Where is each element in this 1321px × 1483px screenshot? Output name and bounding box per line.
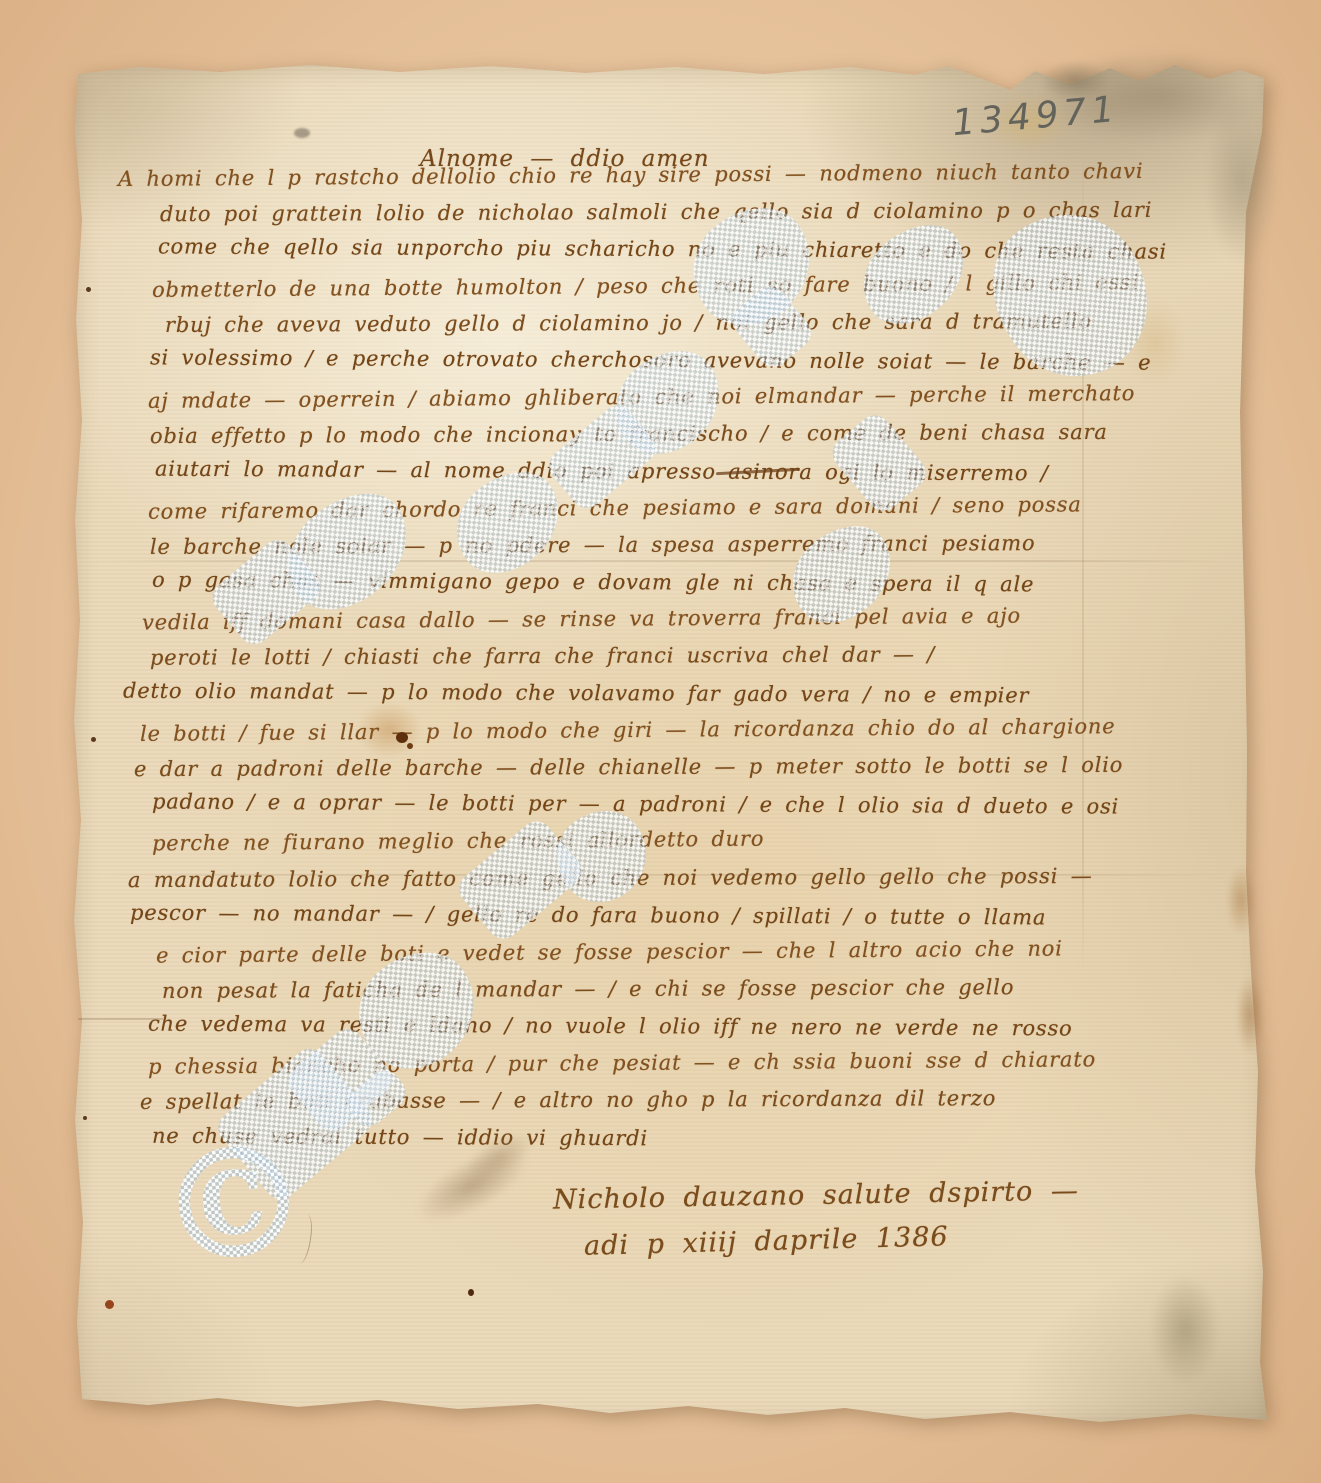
ink-speck <box>86 287 91 292</box>
ink-speck <box>468 1289 474 1296</box>
manuscript-line: non pesat la faticha de l mandar — / e c… <box>162 975 1014 1003</box>
manuscript-line: che vedema va resti e ldano / no vuole l… <box>148 1012 1073 1041</box>
stain <box>1205 95 1280 265</box>
manuscript-line: detto olio mandat — p lo modo che volava… <box>123 679 1029 708</box>
ink-speck <box>83 1116 87 1120</box>
manuscript-line: peroti le lotti / chiasti che farra che … <box>150 642 935 669</box>
stain <box>1236 975 1264 1055</box>
manuscript-line: rbuj che aveva veduto gello d ciolamino … <box>165 309 1092 337</box>
stain <box>1226 865 1256 935</box>
ink-blot <box>407 743 413 749</box>
copyright-watermark-icon: © <box>150 1120 317 1287</box>
edge-fray <box>1150 1275 1220 1385</box>
manuscript-line: duto poi grattein lolio de nicholao salm… <box>160 198 1152 226</box>
rust-speck <box>105 1300 114 1309</box>
manuscript-line: perche ne fiurano meglio che rossi allor… <box>152 827 764 856</box>
ink-blot <box>396 732 408 743</box>
pencil-scribble <box>294 128 310 138</box>
photograph-backdrop: { "document": { "description": "Handwrit… <box>0 0 1321 1483</box>
ink-speck <box>91 737 96 742</box>
manuscript-line: padano / e a oprar — le botti per — a pa… <box>152 789 1119 818</box>
manuscript-line: e dar a padroni delle barche — delle chi… <box>134 753 1123 781</box>
manuscript-line: pescor — no mandar — / gello re do fara … <box>130 901 1046 930</box>
